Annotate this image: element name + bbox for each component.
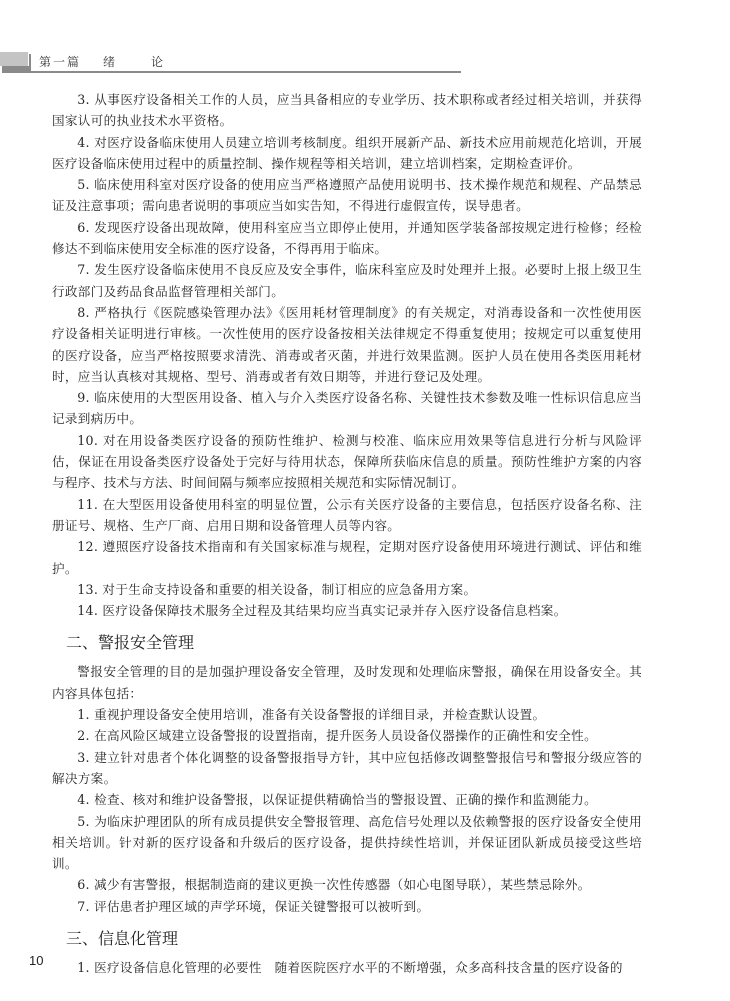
running-header: 第一篇绪论 — [0, 50, 730, 78]
list-item: 2. 在高风险区域建立设备警报的设置指南，提升医务人员设备仪器操作的正确性和安全… — [52, 725, 642, 746]
list-item: 14. 医疗设备保障技术服务全过程及其结果均应当真实记录并存入医疗设备信息档案。 — [52, 600, 642, 621]
list-item: 11. 在大型医用设备使用科室的明显位置，公示有关医疗设备的主要信息，包括医疗设… — [52, 494, 642, 537]
header-tab-dark-block — [2, 66, 30, 73]
header-rule — [30, 71, 461, 73]
list-item: 1. 医疗设备信息化管理的必要性 随着医院医疗水平的不断增强，众多高科技含量的医… — [52, 957, 642, 978]
section-heading-alarm-safety: 二、警报安全管理 — [66, 631, 642, 655]
list-item: 4. 对医疗设备临床使用人员建立培训考核制度。组织开展新产品、新技术应用前规范化… — [52, 132, 642, 175]
list-item: 13. 对于生命支持设备和重要的相关设备，制订相应的应急备用方案。 — [52, 579, 642, 600]
page-body: 3. 从事医疗设备相关工作的人员，应当具备相应的专业学历、技术职称或者经过相关培… — [52, 89, 642, 978]
chapter-title-char-2: 论 — [151, 55, 165, 69]
list-item: 8. 严格执行《医院感染管理办法》《医用耗材管理制度》的有关规定，对消毒设备和一… — [52, 302, 642, 387]
list-item: 10. 对在用设备类医疗设备的预防性维护、检测与校准、临床应用效果等信息进行分析… — [52, 430, 642, 494]
list-item: 6. 减少有害警报，根据制造商的建议更换一次性传感器（如心电图导联），某些禁忌除… — [52, 874, 642, 895]
section-intro: 警报安全管理的目的是加强护理设备安全管理，及时发现和处理临床警报，确保在用设备安… — [52, 661, 642, 704]
chapter-part: 第一篇 — [39, 55, 81, 69]
list-item: 7. 发生医疗设备临床使用不良反应及安全事件，临床科室应及时处理并上报。必要时上… — [52, 259, 642, 302]
list-item: 5. 临床使用科室对医疗设备的使用应当严格遵照产品使用说明书、技术操作规范和规程… — [52, 174, 642, 217]
list-item: 6. 发现医疗设备出现故障，使用科室应当立即停止使用，并通知医学装备部按规定进行… — [52, 217, 642, 260]
chapter-title-char-1: 绪 — [103, 55, 117, 69]
header-tab-light-block — [0, 52, 28, 66]
page-number: 10 — [29, 953, 43, 968]
chapter-title: 第一篇绪论 — [39, 53, 165, 70]
section-2-body: 警报安全管理的目的是加强护理设备安全管理，及时发现和处理临床警报，确保在用设备安… — [52, 661, 642, 917]
list-item: 7. 评估患者护理区域的声学环境，保证关键警报可以被听到。 — [52, 896, 642, 917]
list-item: 12. 遵照医疗设备技术指南和有关国家标准与规程，定期对医疗设备使用环境进行测试… — [52, 536, 642, 579]
list-item: 4. 检查、核对和维护设备警报，以保证提供精确恰当的警报设置、正确的操作和监测能… — [52, 789, 642, 810]
section-3-body: 1. 医疗设备信息化管理的必要性 随着医院医疗水平的不断增强，众多高科技含量的医… — [52, 957, 642, 978]
section-1-list: 3. 从事医疗设备相关工作的人员，应当具备相应的专业学历、技术职称或者经过相关培… — [52, 89, 642, 621]
section-heading-informatization: 三、信息化管理 — [66, 927, 642, 951]
list-item: 5. 为临床护理团队的所有成员提供安全警报管理、高危信号处理以及依赖警报的医疗设… — [52, 811, 642, 875]
list-item: 3. 从事医疗设备相关工作的人员，应当具备相应的专业学历、技术职称或者经过相关培… — [52, 89, 642, 132]
list-item: 9. 临床使用的大型医用设备、植入与介入类医疗设备名称、关键性技术参数及唯一性标… — [52, 387, 642, 430]
list-item: 1. 重视护理设备安全使用培训，准备有关设备警报的详细目录，并检查默认设置。 — [52, 704, 642, 725]
list-item: 3. 建立针对患者个体化调整的设备警报指导方针，其中应包括修改调整警报信号和警报… — [52, 747, 642, 790]
